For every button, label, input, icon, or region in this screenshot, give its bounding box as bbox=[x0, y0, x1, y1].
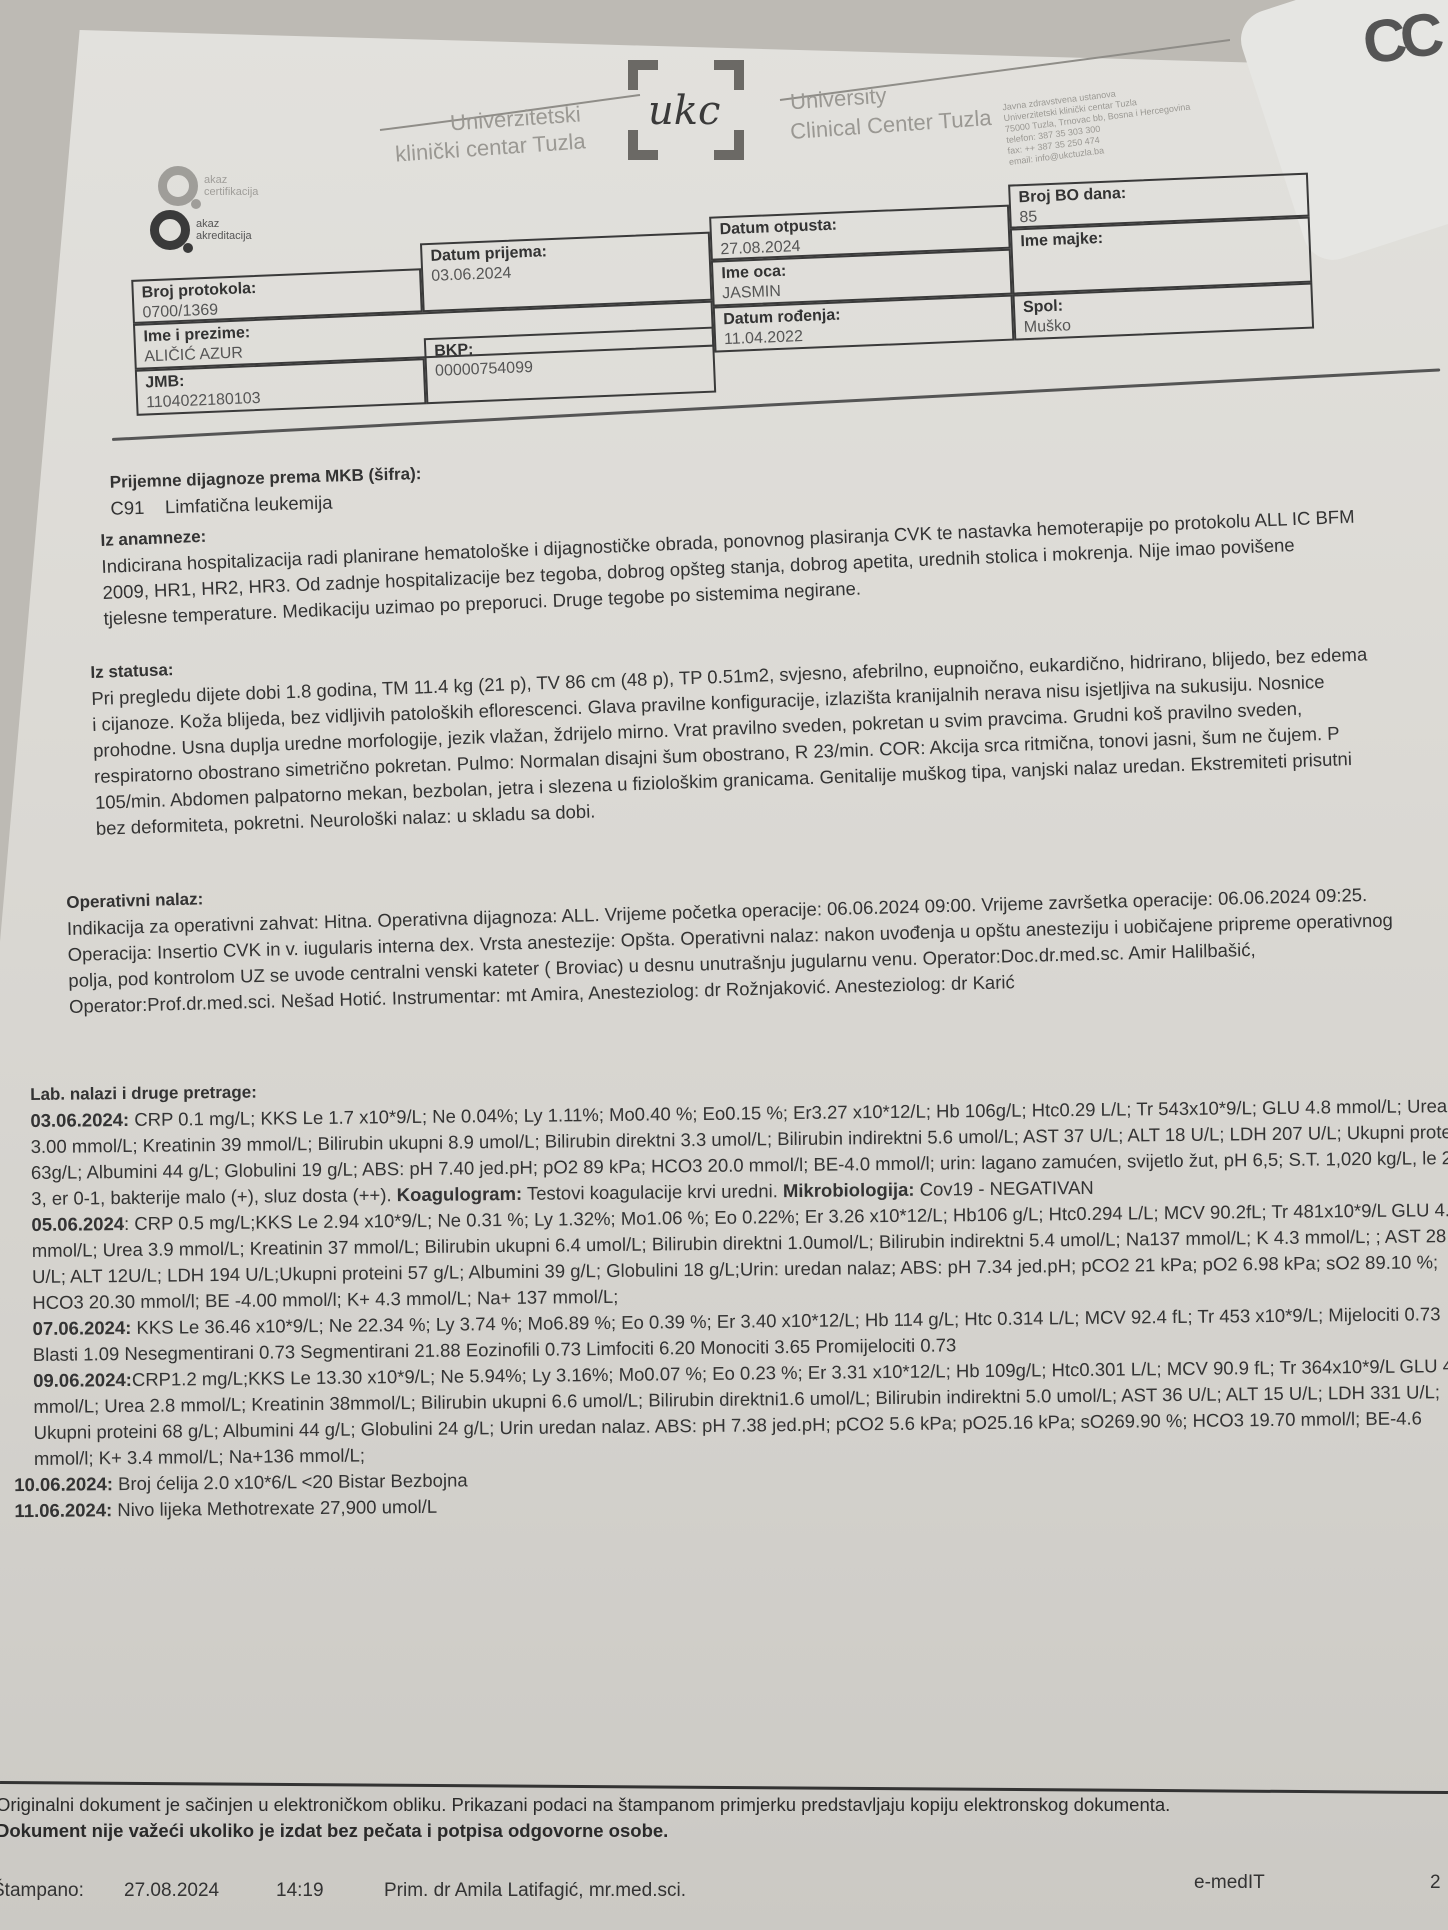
lab-entry: 05.06.2024: CRP 0.5 mg/L;KKS Le 2.94 x10… bbox=[31, 1197, 1448, 1316]
system-name: e-medIT bbox=[1194, 1872, 1265, 1894]
footer-notice: Originalni dokument je sačinjen u elektr… bbox=[0, 1792, 1448, 1844]
lab-entry: 09.06.2024:CRP1.2 mg/L;KKS Le 13.30 x10*… bbox=[33, 1353, 1448, 1472]
printed-label: Štampano: bbox=[0, 1880, 84, 1902]
page-number: 2 bbox=[1430, 1872, 1441, 1894]
admission-date-cell: Datum prijema: 03.06.2024 bbox=[420, 232, 713, 313]
ukc-logo-mark: ukc bbox=[648, 88, 720, 134]
lab-entry: 03.06.2024: CRP 0.1 mg/L; KKS Le 1.7 x10… bbox=[30, 1093, 1448, 1212]
diagnosis-code: C91 bbox=[110, 497, 145, 519]
mother-name-cell: Ime majke: bbox=[1010, 217, 1312, 295]
printed-date: 27.08.2024 bbox=[124, 1880, 219, 1902]
corner-logo: CC bbox=[1359, 0, 1443, 78]
responsible-doctor: Prim. dr Amila Latifagić, mr.med.sci. bbox=[384, 1880, 686, 1902]
lab-results-section: Lab. nalazi i druge pretrage: 03.06.2024… bbox=[30, 1067, 1448, 1524]
printed-time: 14:19 bbox=[276, 1880, 324, 1902]
bkp-cell: BKP: 00000754099 bbox=[424, 327, 716, 405]
diagnosis-name: Limfatična leukemija bbox=[165, 492, 333, 518]
